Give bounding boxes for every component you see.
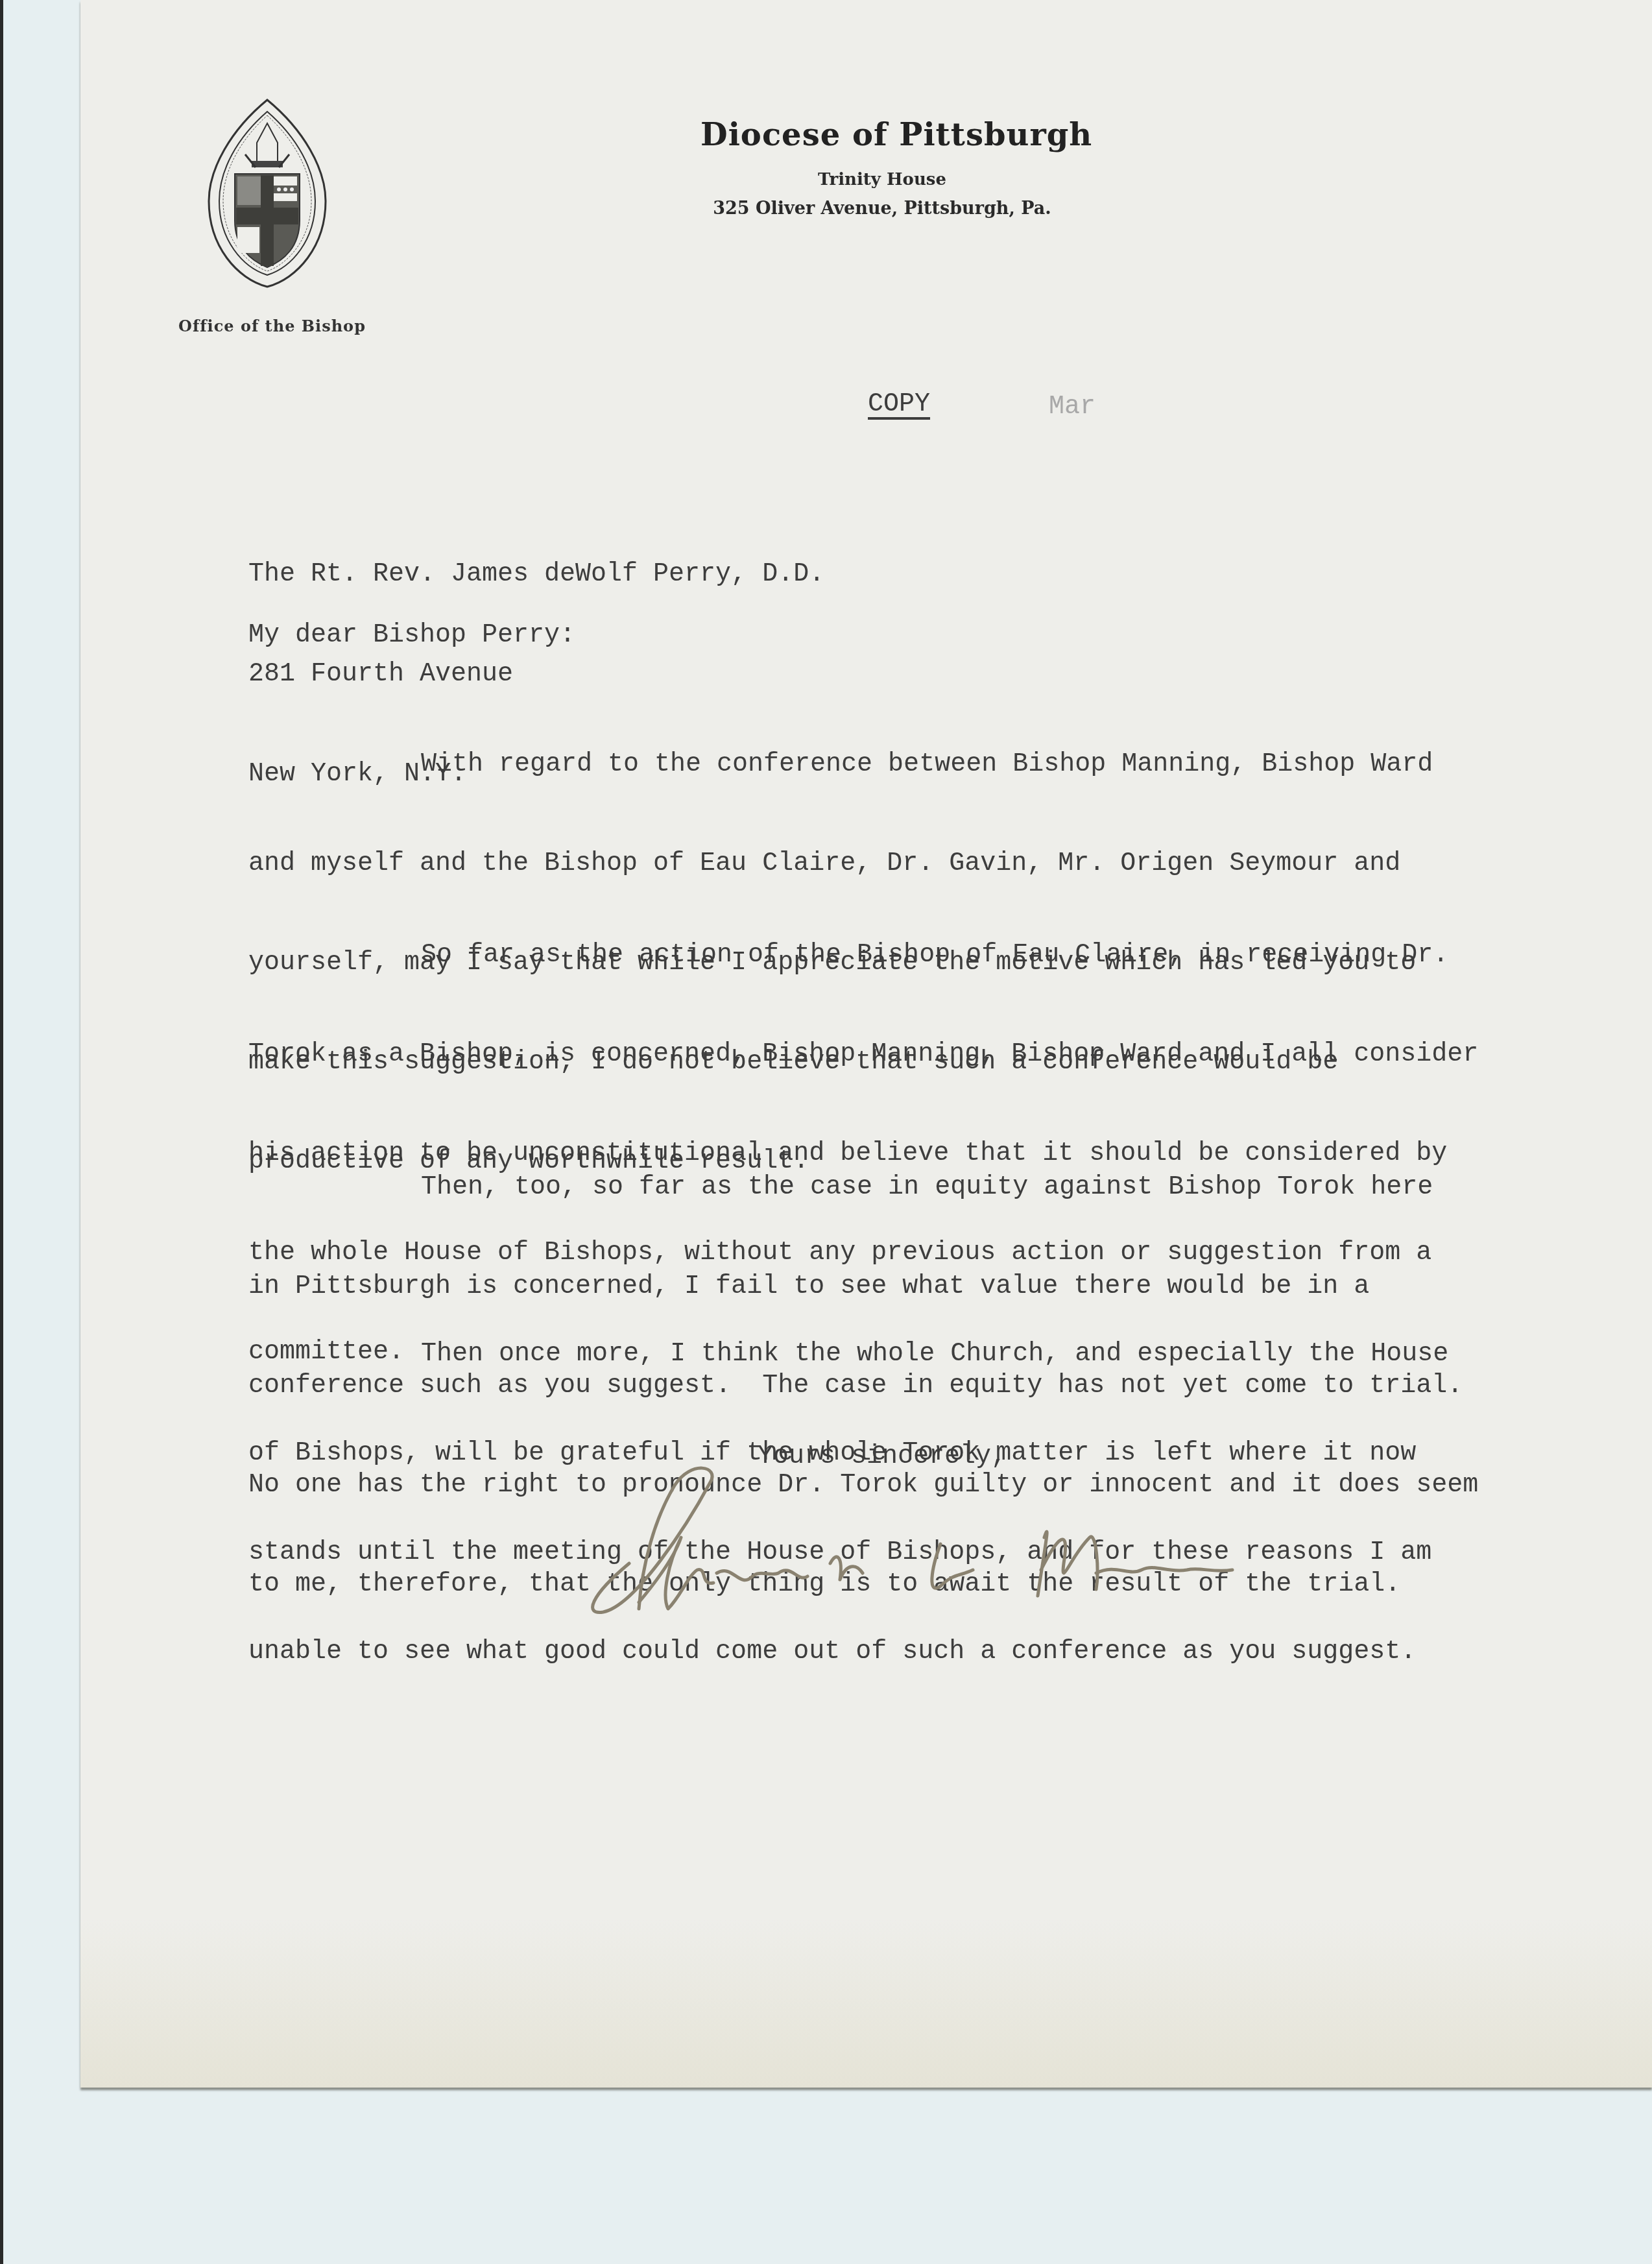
paragraph-line: unable to see what good could come out o… <box>248 1635 1448 1668</box>
recipient-name: The Rt. Rev. James deWolf Perry, D.D. <box>248 558 824 592</box>
diocesan-seal-icon <box>206 97 328 289</box>
salutation: My dear Bishop Perry: <box>248 619 575 652</box>
scanner-edge <box>0 0 3 2264</box>
paragraph-line: Then, too, so far as the case in equity … <box>248 1171 1478 1204</box>
letterhead-address: 325 Oliver Avenue, Pittsburgh, Pa. <box>700 199 1064 219</box>
copy-mark: COPY <box>868 388 930 421</box>
date-fragment: Mar <box>1049 391 1095 424</box>
letterhead-title: Diocese of Pittsburgh <box>700 117 1064 153</box>
signature-icon <box>577 1466 1433 1622</box>
paragraph-line: Then once more, I think the whole Church… <box>248 1338 1448 1371</box>
paragraph-line: So far as the action of the Bishop of Ea… <box>248 939 1478 972</box>
paragraph-line: Torok as a Bishop, is concerned, Bishop … <box>248 1038 1478 1071</box>
paragraph-line: With regard to the conference between Bi… <box>248 748 1433 781</box>
letterhead-house: Trinity House <box>700 170 1064 189</box>
office-label: Office of the Bishop <box>178 317 373 335</box>
